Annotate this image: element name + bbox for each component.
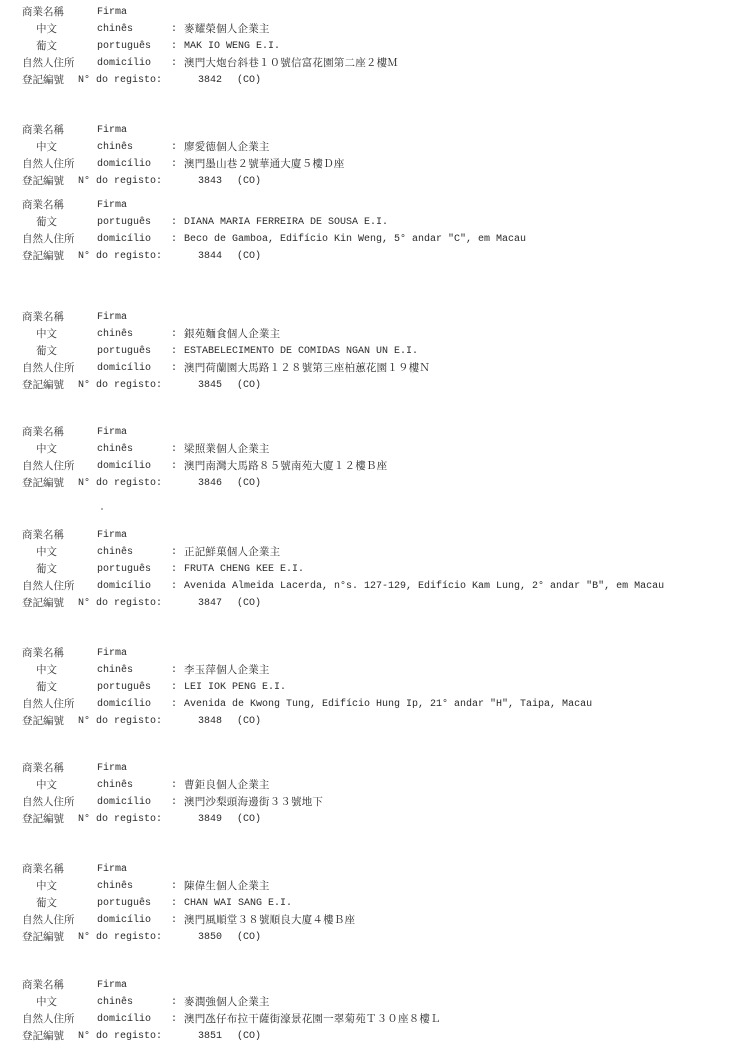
registry-row: 登記編號N° do registo:3849(CO) [22,811,732,828]
portuguese-name-row: 葡文português:MAK IO WENG E.I. [22,38,732,55]
registry-label-zh: 登記編號 [22,811,64,828]
chinese-label-pt: chinês [97,139,133,156]
domicile-row: 自然人住所domicílio:澳門南灣大馬路８５號南苑大廈１２樓Ｂ座 [22,458,732,475]
registry-label-zh: 登記編號 [22,248,64,265]
chinese-name-row: 中文chinês:正記鮮菓個人企業主 [22,544,732,561]
portuguese-label-pt: português [97,679,151,696]
separator-colon: : [171,156,177,173]
chinese-label-pt: chinês [97,662,133,679]
domicile-label-pt: domicílio [97,55,151,72]
separator-colon: : [171,895,177,912]
registry-entry: 商業名稱Firma中文chinês:銀苑麵食個人企業主葡文português:E… [22,309,732,394]
chinese-name-row: 中文chinês:麥耀榮個人企業主 [22,21,732,38]
firm-header-row: 商業名稱Firma [22,645,732,662]
chinese-label-zh: 中文 [36,662,57,679]
registry-entry: 商業名稱Firma中文chinês:麥耀榮個人企業主葡文português:MA… [22,4,732,89]
separator-colon: : [171,21,177,38]
domicile-label-pt: domicílio [97,1011,151,1028]
separator-colon: : [171,696,177,713]
registry-code: (CO) [237,72,261,89]
portuguese-name-row: 葡文português:ESTABELECIMENTO DE COMIDAS N… [22,343,732,360]
registry-label-pt: N° do registo: [78,1028,162,1045]
chinese-name-value: 麥耀榮個人企業主 [184,21,270,38]
separator-colon: : [171,878,177,895]
chinese-label-pt: chinês [97,878,133,895]
domicile-label-zh: 自然人住所 [22,578,75,595]
separator-colon: : [171,912,177,929]
domicile-label-zh: 自然人住所 [22,360,75,377]
portuguese-label-pt: português [97,38,151,55]
domicile-row: 自然人住所domicílio:澳門氹仔布拉干薩街濠景花園一翠菊苑Ｔ３０座８樓Ｌ [22,1011,732,1028]
domicile-label-zh: 自然人住所 [22,1011,75,1028]
chinese-name-value: 李玉萍個人企業主 [184,662,270,679]
portuguese-name-value: LEI IOK PENG E.I. [184,679,286,696]
domicile-label-pt: domicílio [97,696,151,713]
domicile-label-zh: 自然人住所 [22,696,75,713]
chinese-label-zh: 中文 [36,777,57,794]
firm-label-pt: Firma [97,977,127,994]
chinese-label-zh: 中文 [36,441,57,458]
domicile-value: 澳門大炮台斜巷１０號信富花園第二座２樓Ｍ [184,55,398,72]
separator-colon: : [171,662,177,679]
firm-header-row: 商業名稱Firma [22,977,732,994]
registry-label-pt: N° do registo: [78,811,162,828]
registry-label-pt: N° do registo: [78,713,162,730]
firm-label-zh: 商業名稱 [22,645,64,662]
chinese-label-pt: chinês [97,441,133,458]
separator-colon: : [171,326,177,343]
domicile-row: 自然人住所domicílio:Avenida de Kwong Tung, Ed… [22,696,732,713]
chinese-name-value: 麥潤強個人企業主 [184,994,270,1011]
registry-number: 3843 [198,173,222,190]
firm-label-zh: 商業名稱 [22,977,64,994]
separator-colon: : [171,55,177,72]
domicile-row: 自然人住所domicílio:澳門沙梨頭海邊街３３號地下 [22,794,732,811]
domicile-row: 自然人住所domicílio:澳門大炮台斜巷１０號信富花園第二座２樓Ｍ [22,55,732,72]
separator-colon: : [171,679,177,696]
separator-colon: : [171,214,177,231]
firm-header-row: 商業名稱Firma [22,760,732,777]
domicile-label-pt: domicílio [97,458,151,475]
registry-row: 登記編號N° do registo:3850(CO) [22,929,732,946]
chinese-name-row: 中文chinês:曹鉅良個人企業主 [22,777,732,794]
chinese-name-value: 陳偉生個人企業主 [184,878,270,895]
chinese-name-row: 中文chinês:李玉萍個人企業主 [22,662,732,679]
chinese-label-pt: chinês [97,777,133,794]
registry-code: (CO) [237,929,261,946]
separator-colon: : [171,544,177,561]
registry-entry: 商業名稱Firma中文chinês:陳偉生個人企業主葡文português:CH… [22,861,732,946]
domicile-value: 澳門沙梨頭海邊街３３號地下 [184,794,323,811]
chinese-label-zh: 中文 [36,21,57,38]
firm-label-pt: Firma [97,645,127,662]
registry-row: 登記編號N° do registo:3844(CO) [22,248,732,265]
registry-entry: 商業名稱Firma中文chinês:梁照業個人企業主自然人住所domicílio… [22,424,732,492]
chinese-label-zh: 中文 [36,544,57,561]
portuguese-name-value: CHAN WAI SANG E.I. [184,895,292,912]
registry-label-pt: N° do registo: [78,929,162,946]
registry-row: 登記編號N° do registo:3848(CO) [22,713,732,730]
domicile-label-pt: domicílio [97,578,151,595]
chinese-label-zh: 中文 [36,994,57,1011]
separator-colon: : [171,578,177,595]
firm-header-row: 商業名稱Firma [22,122,732,139]
domicile-row: 自然人住所domicílio:澳門荷蘭園大馬路１２８號第三座柏蕙花園１９樓Ｎ [22,360,732,377]
domicile-row: 自然人住所domicílio:澳門風順堂３８號順良大廈４樓Ｂ座 [22,912,732,929]
registry-row: 登記編號N° do registo:3843(CO) [22,173,732,190]
chinese-label-pt: chinês [97,994,133,1011]
firm-header-row: 商業名稱Firma [22,309,732,326]
firm-label-zh: 商業名稱 [22,309,64,326]
domicile-row: 自然人住所domicílio:澳門墨山巷２號華通大廈５樓Ｄ座 [22,156,732,173]
domicile-value: Avenida de Kwong Tung, Edifício Hung Ip,… [184,696,592,713]
registry-entry: 商業名稱Firma中文chinês:李玉萍個人企業主葡文português:LE… [22,645,732,730]
chinese-name-value: 曹鉅良個人企業主 [184,777,270,794]
separator-colon: : [171,38,177,55]
registry-code: (CO) [237,811,261,828]
chinese-label-zh: 中文 [36,326,57,343]
separator-colon: : [171,139,177,156]
portuguese-name-row: 葡文português:FRUTA CHENG KEE E.I. [22,561,732,578]
registry-label-pt: N° do registo: [78,72,162,89]
registry-code: (CO) [237,475,261,492]
separator-colon: : [171,360,177,377]
firm-header-row: 商業名稱Firma [22,197,732,214]
portuguese-label-zh: 葡文 [36,561,57,578]
registry-entry: 商業名稱Firma葡文português:DIANA MARIA FERREIR… [22,197,732,265]
domicile-label-zh: 自然人住所 [22,912,75,929]
firm-label-pt: Firma [97,760,127,777]
registry-number: 3847 [198,595,222,612]
portuguese-label-zh: 葡文 [36,214,57,231]
portuguese-name-row: 葡文português:DIANA MARIA FERREIRA DE SOUS… [22,214,732,231]
domicile-label-zh: 自然人住所 [22,794,75,811]
registry-label-zh: 登記編號 [22,929,64,946]
registry-label-pt: N° do registo: [78,173,162,190]
registry-number: 3846 [198,475,222,492]
separator-colon: : [171,231,177,248]
registry-label-pt: N° do registo: [78,475,162,492]
registry-label-zh: 登記編號 [22,173,64,190]
registry-row: 登記編號N° do registo:3851(CO) [22,1028,732,1045]
registry-label-zh: 登記編號 [22,1028,64,1045]
chinese-name-value: 正記鮮菓個人企業主 [184,544,280,561]
chinese-name-value: 廖愛德個人企業主 [184,139,270,156]
registry-code: (CO) [237,1028,261,1045]
portuguese-label-pt: português [97,895,151,912]
portuguese-label-pt: português [97,561,151,578]
chinese-name-value: 梁照業個人企業主 [184,441,270,458]
registry-number: 3845 [198,377,222,394]
firm-header-row: 商業名稱Firma [22,4,732,21]
portuguese-name-value: MAK IO WENG E.I. [184,38,280,55]
separator-colon: : [171,777,177,794]
firm-label-pt: Firma [97,4,127,21]
firm-label-zh: 商業名稱 [22,760,64,777]
domicile-label-pt: domicílio [97,912,151,929]
chinese-label-zh: 中文 [36,139,57,156]
firm-label-zh: 商業名稱 [22,424,64,441]
registry-label-zh: 登記編號 [22,377,64,394]
portuguese-name-value: FRUTA CHENG KEE E.I. [184,561,304,578]
domicile-value: 澳門風順堂３８號順良大廈４樓Ｂ座 [184,912,355,929]
portuguese-label-zh: 葡文 [36,895,57,912]
chinese-name-row: 中文chinês:銀苑麵食個人企業主 [22,326,732,343]
domicile-value: 澳門墨山巷２號華通大廈５樓Ｄ座 [184,156,345,173]
separator-colon: : [171,458,177,475]
firm-label-zh: 商業名稱 [22,4,64,21]
domicile-label-pt: domicílio [97,231,151,248]
firm-label-zh: 商業名稱 [22,861,64,878]
registry-entry: 商業名稱Firma中文chinês:曹鉅良個人企業主自然人住所domicílio… [22,760,732,828]
portuguese-label-zh: 葡文 [36,679,57,696]
registry-number: 3848 [198,713,222,730]
registry-code: (CO) [237,377,261,394]
registry-code: (CO) [237,173,261,190]
domicile-label-zh: 自然人住所 [22,231,75,248]
scan-speck [101,508,103,510]
domicile-label-pt: domicílio [97,360,151,377]
chinese-name-row: 中文chinês:廖愛德個人企業主 [22,139,732,156]
registry-number: 3842 [198,72,222,89]
registry-number: 3851 [198,1028,222,1045]
chinese-name-value: 銀苑麵食個人企業主 [184,326,280,343]
chinese-label-zh: 中文 [36,878,57,895]
domicile-label-zh: 自然人住所 [22,458,75,475]
registry-code: (CO) [237,713,261,730]
registry-entry: 商業名稱Firma中文chinês:廖愛德個人企業主自然人住所domicílio… [22,122,732,190]
registry-label-pt: N° do registo: [78,377,162,394]
portuguese-name-row: 葡文português:CHAN WAI SANG E.I. [22,895,732,912]
registry-label-zh: 登記編號 [22,475,64,492]
registry-label-zh: 登記編號 [22,72,64,89]
portuguese-label-zh: 葡文 [36,38,57,55]
portuguese-label-pt: português [97,343,151,360]
separator-colon: : [171,561,177,578]
registry-number: 3844 [198,248,222,265]
portuguese-name-row: 葡文português:LEI IOK PENG E.I. [22,679,732,696]
firm-header-row: 商業名稱Firma [22,424,732,441]
domicile-value: Beco de Gamboa, Edifício Kin Weng, 5° an… [184,231,526,248]
registry-label-zh: 登記編號 [22,713,64,730]
registry-label-zh: 登記編號 [22,595,64,612]
separator-colon: : [171,794,177,811]
registry-label-pt: N° do registo: [78,595,162,612]
separator-colon: : [171,994,177,1011]
domicile-label-zh: 自然人住所 [22,55,75,72]
domicile-label-pt: domicílio [97,794,151,811]
domicile-value: Avenida Almeida Lacerda, n°s. 127-129, E… [184,578,664,595]
registry-label-pt: N° do registo: [78,248,162,265]
registry-code: (CO) [237,595,261,612]
separator-colon: : [171,441,177,458]
registry-entry: 商業名稱Firma中文chinês:正記鮮菓個人企業主葡文português:F… [22,527,732,612]
registry-row: 登記編號N° do registo:3846(CO) [22,475,732,492]
firm-label-pt: Firma [97,527,127,544]
registry-row: 登記編號N° do registo:3842(CO) [22,72,732,89]
chinese-name-row: 中文chinês:陳偉生個人企業主 [22,878,732,895]
portuguese-label-zh: 葡文 [36,343,57,360]
chinese-label-pt: chinês [97,21,133,38]
domicile-value: 澳門荷蘭園大馬路１２８號第三座柏蕙花園１９樓Ｎ [184,360,430,377]
firm-label-pt: Firma [97,424,127,441]
firm-label-zh: 商業名稱 [22,197,64,214]
registry-row: 登記編號N° do registo:3847(CO) [22,595,732,612]
domicile-value: 澳門南灣大馬路８５號南苑大廈１２樓Ｂ座 [184,458,387,475]
firm-label-pt: Firma [97,122,127,139]
chinese-label-pt: chinês [97,326,133,343]
portuguese-name-value: ESTABELECIMENTO DE COMIDAS NGAN UN E.I. [184,343,418,360]
firm-label-zh: 商業名稱 [22,122,64,139]
portuguese-name-value: DIANA MARIA FERREIRA DE SOUSA E.I. [184,214,388,231]
chinese-name-row: 中文chinês:麥潤強個人企業主 [22,994,732,1011]
registry-row: 登記編號N° do registo:3845(CO) [22,377,732,394]
registry-entry: 商業名稱Firma中文chinês:麥潤強個人企業主自然人住所domicílio… [22,977,732,1045]
registry-number: 3850 [198,929,222,946]
registry-code: (CO) [237,248,261,265]
domicile-value: 澳門氹仔布拉干薩街濠景花園一翠菊苑Ｔ３０座８樓Ｌ [184,1011,441,1028]
firm-header-row: 商業名稱Firma [22,861,732,878]
chinese-label-pt: chinês [97,544,133,561]
domicile-row: 自然人住所domicílio:Beco de Gamboa, Edifício … [22,231,732,248]
portuguese-label-pt: português [97,214,151,231]
domicile-row: 自然人住所domicílio:Avenida Almeida Lacerda, … [22,578,732,595]
firm-label-pt: Firma [97,861,127,878]
chinese-name-row: 中文chinês:梁照業個人企業主 [22,441,732,458]
separator-colon: : [171,1011,177,1028]
firm-label-zh: 商業名稱 [22,527,64,544]
domicile-label-pt: domicílio [97,156,151,173]
domicile-label-zh: 自然人住所 [22,156,75,173]
separator-colon: : [171,343,177,360]
firm-label-pt: Firma [97,309,127,326]
registry-number: 3849 [198,811,222,828]
firm-header-row: 商業名稱Firma [22,527,732,544]
firm-label-pt: Firma [97,197,127,214]
